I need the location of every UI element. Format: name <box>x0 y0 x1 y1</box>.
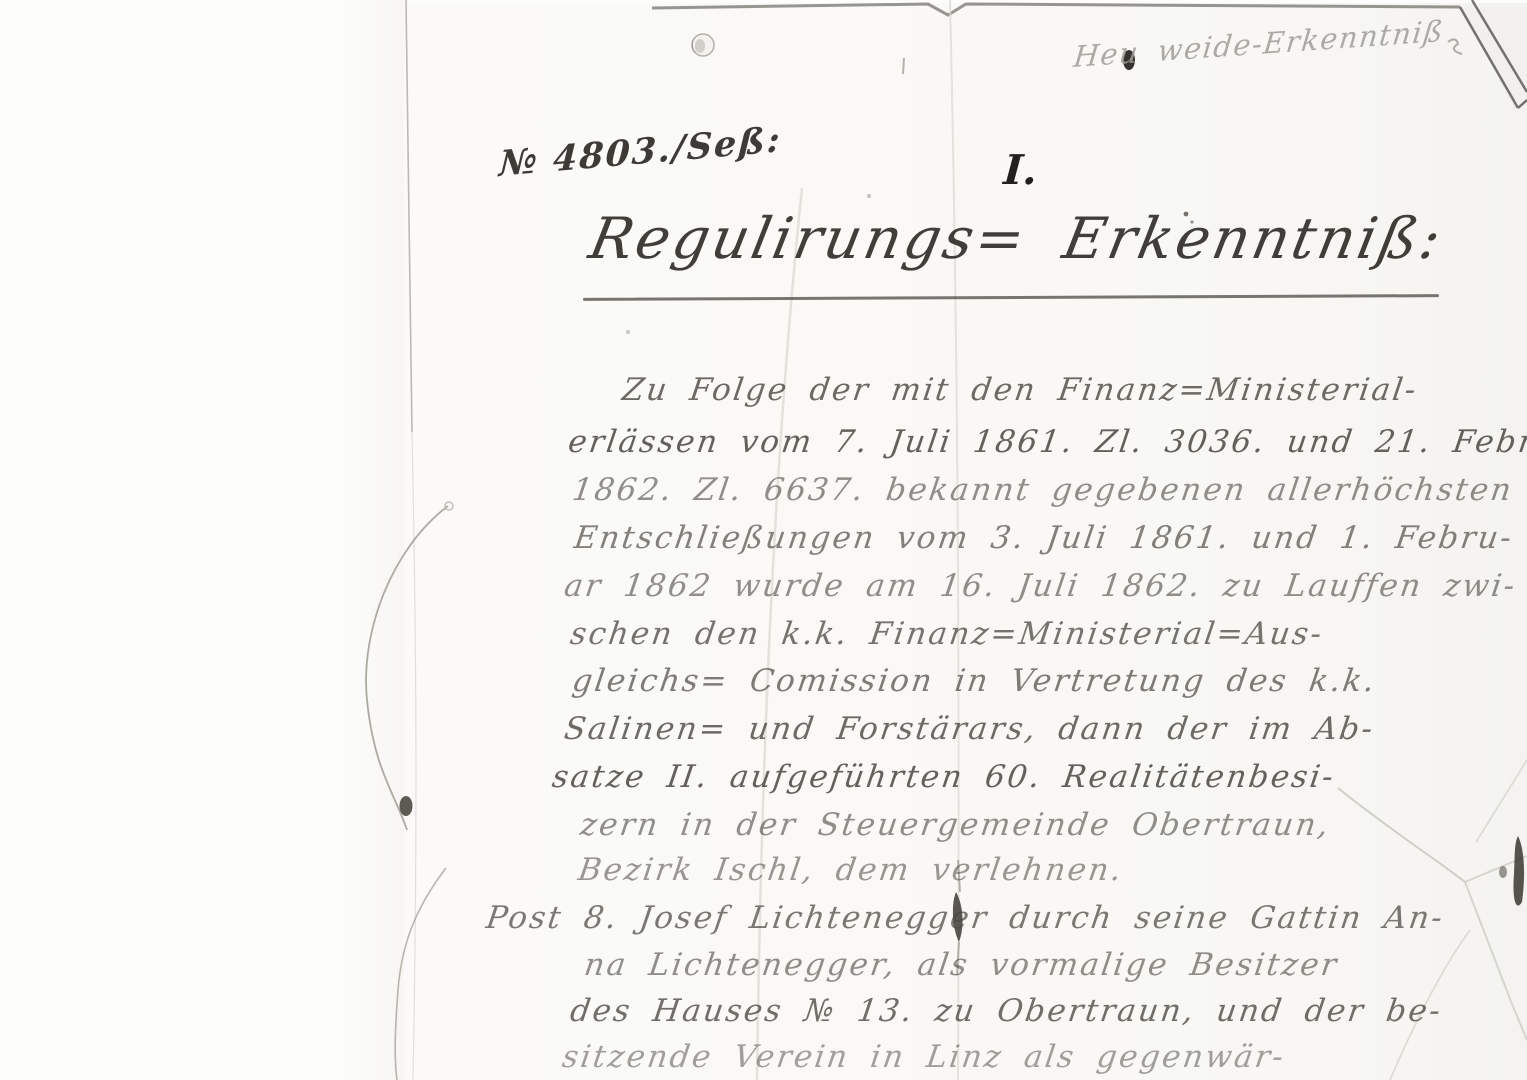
handwritten-line: sitzende Verein in Linz als gegenwär- <box>560 1039 1288 1075</box>
scanner-background <box>0 0 404 1080</box>
handwritten-line: ar 1862 wurde am 16. Juli 1862. zu Lauff… <box>562 568 1519 604</box>
handwritten-line: na Lichtenegger, als vormalige Besitzer <box>582 947 1341 983</box>
section-numeral: I. <box>1002 146 1039 194</box>
handwritten-line: Post 8. Josef Lichtenegger durch seine G… <box>484 900 1447 936</box>
handwritten-line: Salinen= und Forstärars, dann der im Ab- <box>562 711 1377 747</box>
handwritten-line: zern in der Steuergemeinde Obertraun, <box>578 807 1333 843</box>
handwritten-line: des Hauses № 13. zu Obertraun, und der b… <box>568 993 1445 1029</box>
handwritten-line: erlässen vom 7. Juli 1861. Zl. 3036. und… <box>566 424 1527 460</box>
handwritten-line: schen den k.k. Finanz=Ministerial=Aus- <box>568 616 1326 652</box>
document-title: Regulirungs= Erkenntniß: <box>584 206 1449 272</box>
handwritten-line: Bezirk Ischl, dem verlehnen. <box>576 852 1126 888</box>
handwritten-line: Zu Folge der mit den Finanz=Ministerial- <box>620 372 1420 408</box>
handwritten-line: satze II. aufgeführten 60. Realitätenbes… <box>550 759 1338 795</box>
handwritten-line: Entschließungen vom 3. Juli 1861. und 1.… <box>572 520 1516 556</box>
document-scan: Heu weide-Erkenntniß № 4803./Seß: I. Reg… <box>0 0 1527 1080</box>
handwritten-line: gleichs= Comission in Vertretung des k.k… <box>570 663 1379 699</box>
handwritten-line: 1862. Zl. 6637. bekannt gegebenen allerh… <box>570 472 1516 508</box>
